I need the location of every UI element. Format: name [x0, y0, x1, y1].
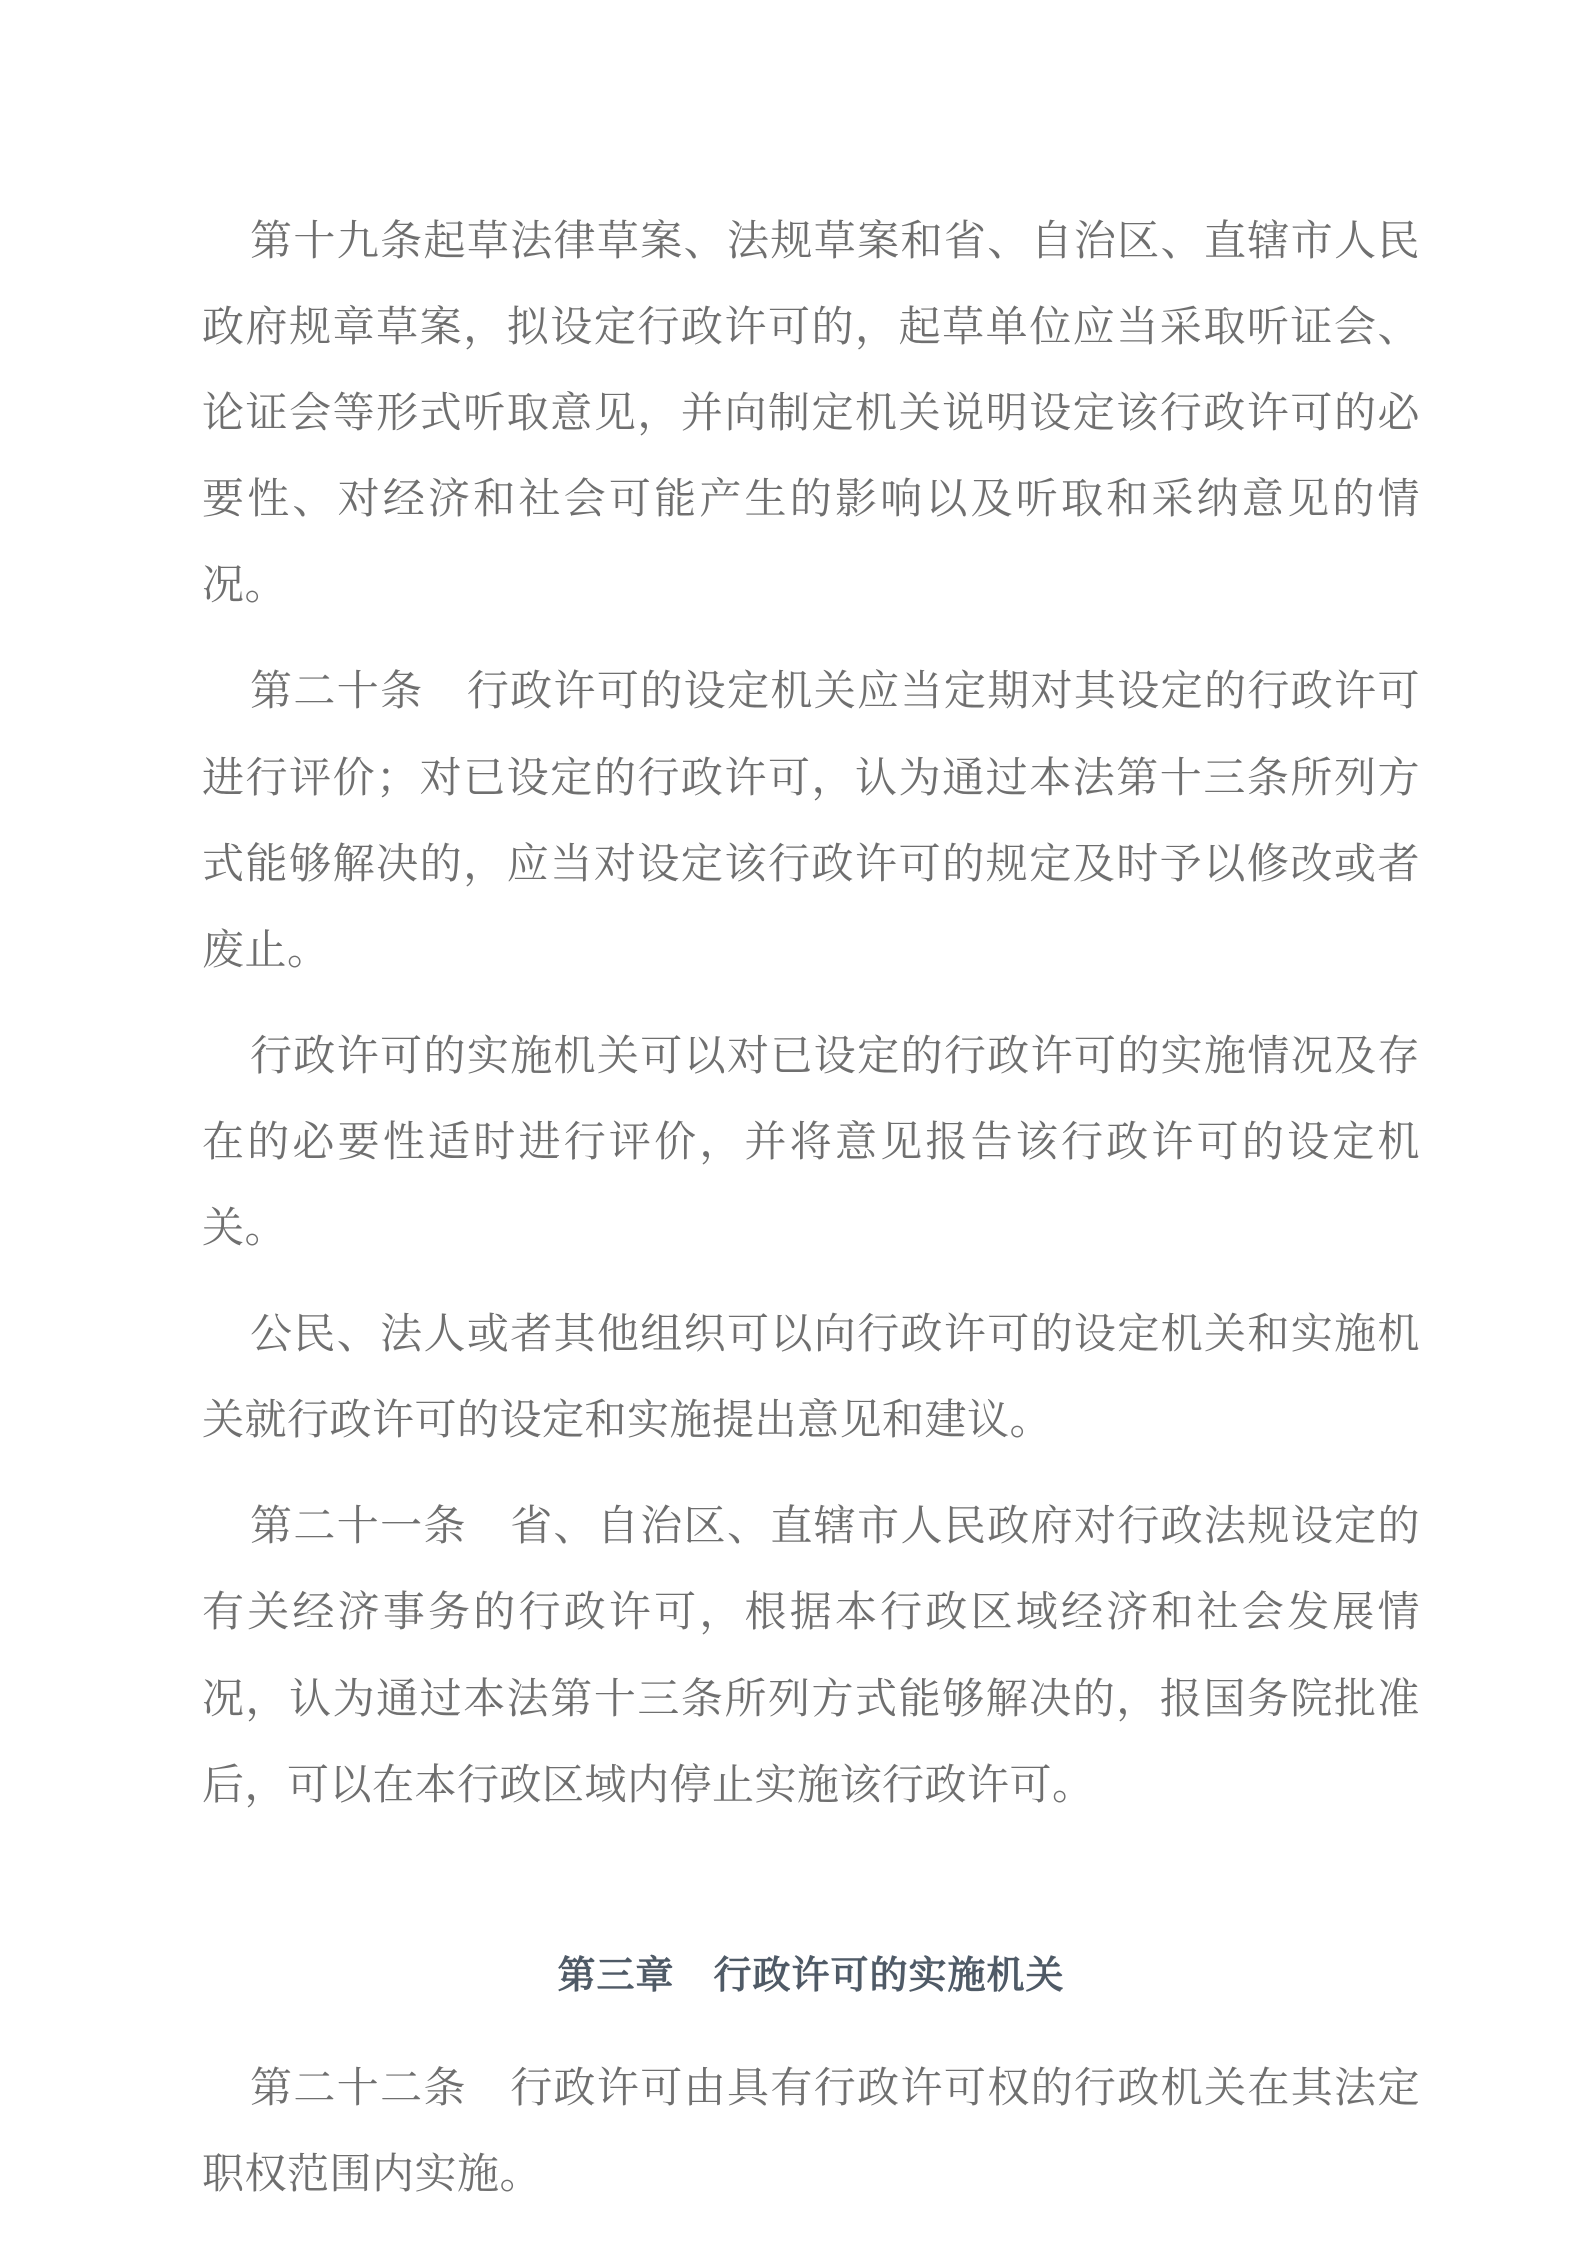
paragraph-article-22: 第二十二条 行政许可由具有行政许可权的行政机关在其法定职权范围内实施。: [202, 2045, 1420, 2217]
paragraph-article-20: 第二十条 行政许可的设定机关应当定期对其设定的行政许可进行评价；对已设定的行政许…: [202, 648, 1420, 992]
paragraph-article-20-clause-2: 行政许可的实施机关可以对已设定的行政许可的实施情况及存在的必要性适时进行评价，并…: [202, 1013, 1420, 1271]
document-body: 第十九条起草法律草案、法规草案和省、自治区、直辖市人民政府规章草案，拟设定行政许…: [0, 0, 1587, 2237]
paragraph-article-19: 第十九条起草法律草案、法规草案和省、自治区、直辖市人民政府规章草案，拟设定行政许…: [202, 198, 1420, 628]
paragraph-article-20-clause-3: 公民、法人或者其他组织可以向行政许可的设定机关和实施机关就行政许可的设定和实施提…: [202, 1291, 1420, 1463]
paragraph-article-21: 第二十一条 省、自治区、直辖市人民政府对行政法规设定的有关经济事务的行政许可，根…: [202, 1483, 1420, 1827]
document-page: 第十九条起草法律草案、法规草案和省、自治区、直辖市人民政府规章草案，拟设定行政许…: [0, 0, 1587, 2245]
chapter-3-heading: 第三章 行政许可的实施机关: [202, 1948, 1420, 2005]
